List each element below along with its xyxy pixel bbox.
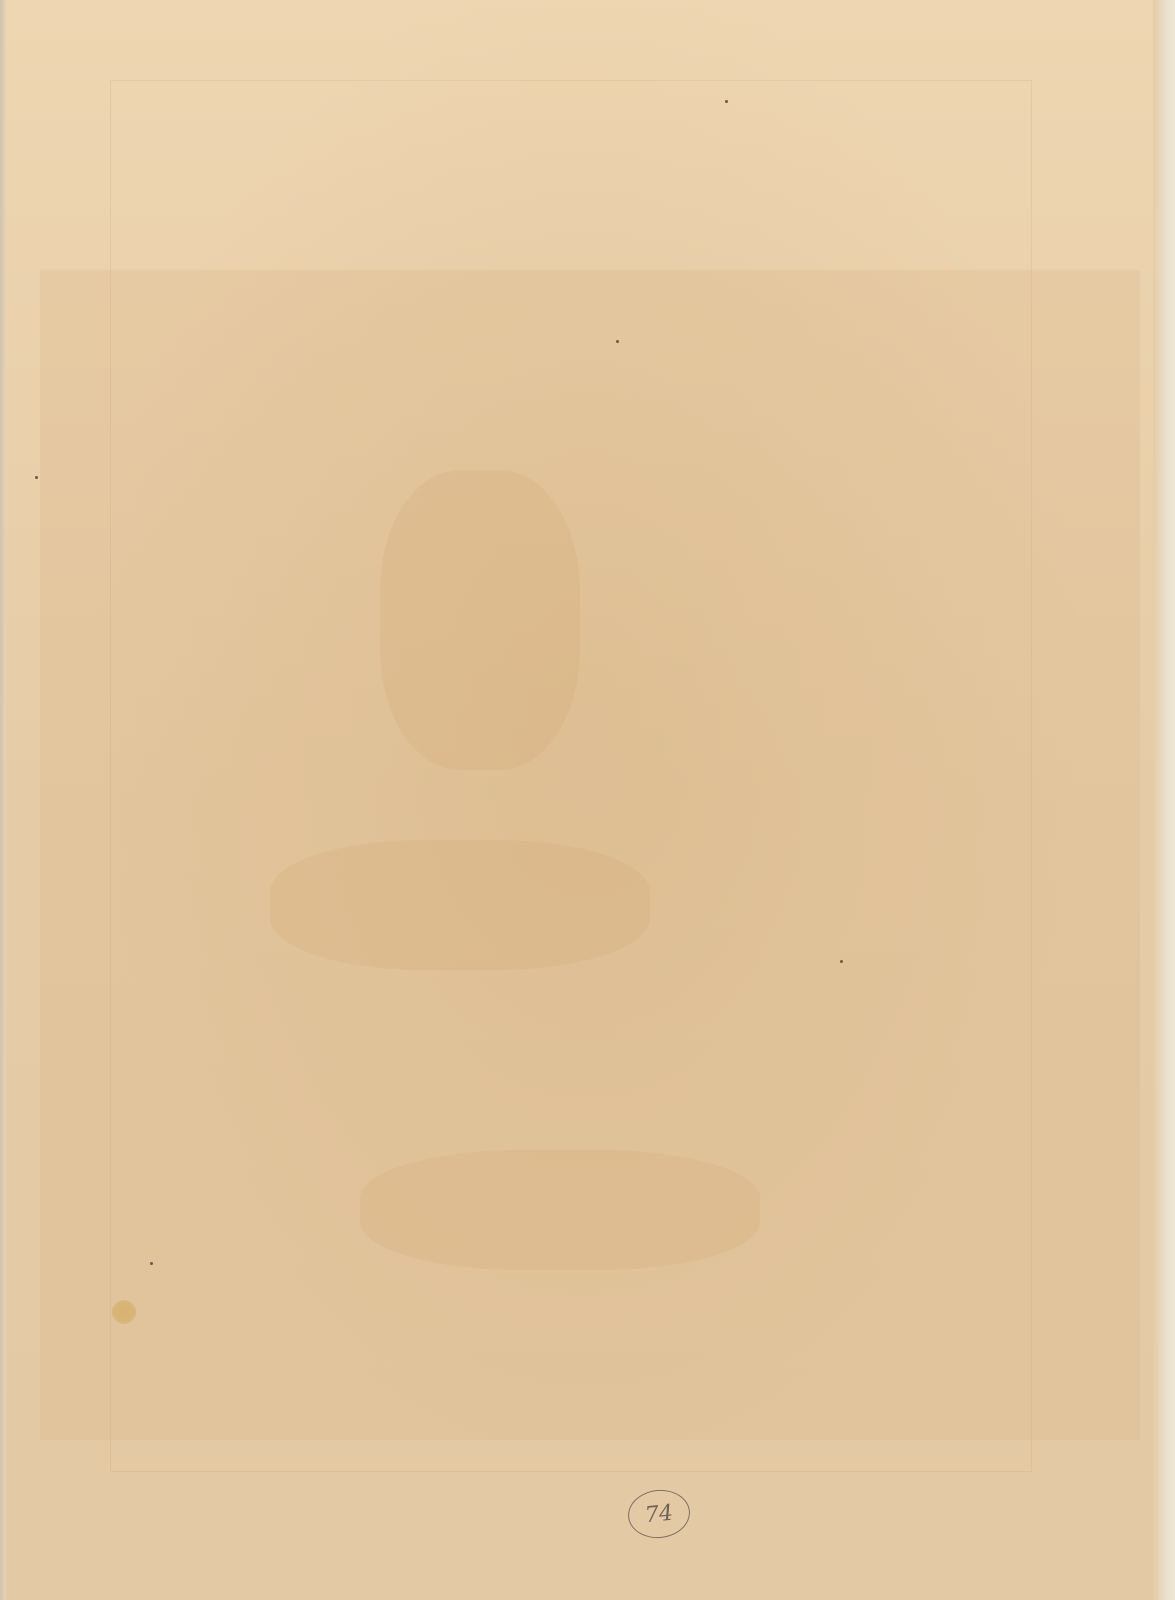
bleed-through-figure [270, 840, 650, 970]
speck [35, 476, 38, 479]
left-paper-edge [0, 0, 6, 1600]
bleed-through-figure [360, 1150, 760, 1270]
speck [150, 1262, 153, 1265]
speck [840, 960, 843, 963]
paper-sheet: 74 [0, 0, 1175, 1600]
foxing-stain [112, 1300, 136, 1324]
right-paper-edge [1153, 0, 1175, 1600]
speck [725, 100, 728, 103]
bleed-through-figure [380, 470, 580, 770]
page-number-annotation: 74 [626, 1487, 693, 1541]
speck [616, 340, 619, 343]
